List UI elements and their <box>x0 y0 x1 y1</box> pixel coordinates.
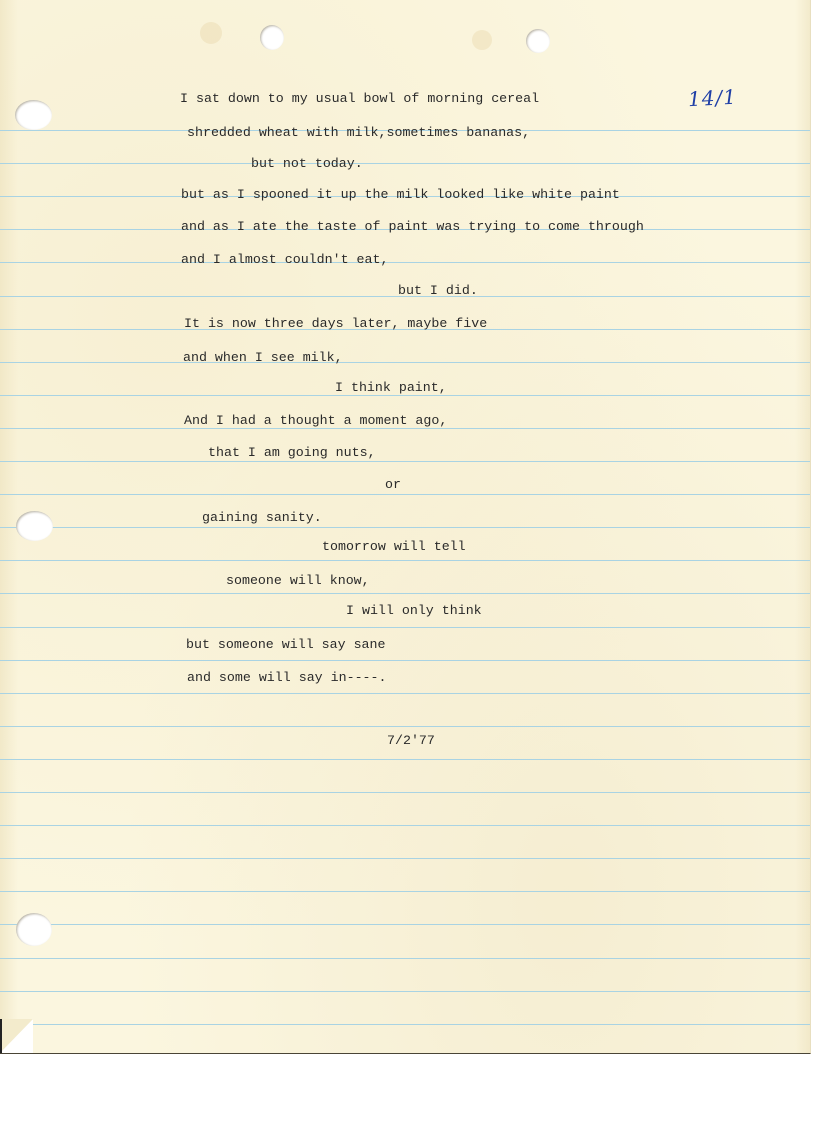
poem-line: and as I ate the taste of paint was tryi… <box>181 220 644 233</box>
poem-line: and I almost couldn't eat, <box>181 253 388 266</box>
ruled-line <box>0 163 810 164</box>
poem-line: I will only think <box>346 604 482 617</box>
ruled-line <box>0 991 810 992</box>
poem-line: but as I spooned it up the milk looked l… <box>181 188 620 201</box>
poem-line: shredded wheat with milk,sometimes banan… <box>187 126 530 139</box>
ruled-line <box>0 958 810 959</box>
ruled-line <box>0 825 810 826</box>
poem-line: And I had a thought a moment ago, <box>184 414 447 427</box>
ruled-line <box>0 494 810 495</box>
ruled-line <box>0 527 810 528</box>
poem-line: someone will know, <box>226 574 370 587</box>
ruled-line <box>0 262 810 263</box>
poem-line: I think paint, <box>335 381 447 394</box>
poem-line: and some will say in----. <box>187 671 387 684</box>
ruled-line <box>0 362 810 363</box>
ruled-line <box>0 395 810 396</box>
poem-line: but I did. <box>398 284 478 297</box>
date-line: 7/2'77 <box>387 734 435 747</box>
poem-line: It is now three days later, maybe five <box>184 317 487 330</box>
ruled-line <box>0 891 810 892</box>
poem-line: I sat down to my usual bowl of morning c… <box>180 92 539 105</box>
poem-line: or <box>385 478 401 491</box>
ruled-line <box>0 726 810 727</box>
folded-corner <box>0 1019 33 1053</box>
poem-line: gaining sanity. <box>202 511 322 524</box>
ruled-line <box>0 660 810 661</box>
poem-line: and when I see milk, <box>183 351 343 364</box>
punch-hole <box>16 511 53 541</box>
ruled-line <box>0 792 810 793</box>
handwritten-page-number: 14/1 <box>687 85 737 112</box>
ruled-line <box>0 1024 810 1025</box>
punch-hole <box>260 25 284 50</box>
poem-line: tomorrow will tell <box>322 540 466 553</box>
ruled-line <box>0 428 810 429</box>
punch-hole <box>15 100 52 130</box>
ruled-line <box>0 593 810 594</box>
ruled-line <box>0 693 810 694</box>
notebook-page: 14/1 I sat down to my usual bowl of morn… <box>0 0 811 1054</box>
ruled-line <box>0 924 810 925</box>
ruled-line <box>0 858 810 859</box>
ruled-line <box>0 461 810 462</box>
punch-hole <box>16 913 52 946</box>
poem-line: that I am going nuts, <box>208 446 376 459</box>
ruled-line <box>0 627 810 628</box>
ruled-line <box>0 560 810 561</box>
ruled-line <box>0 759 810 760</box>
poem-line: but not today. <box>251 157 363 170</box>
paper-stain <box>200 22 222 44</box>
punch-hole <box>526 29 550 53</box>
poem-line: but someone will say sane <box>186 638 386 651</box>
paper-stain <box>472 30 492 50</box>
